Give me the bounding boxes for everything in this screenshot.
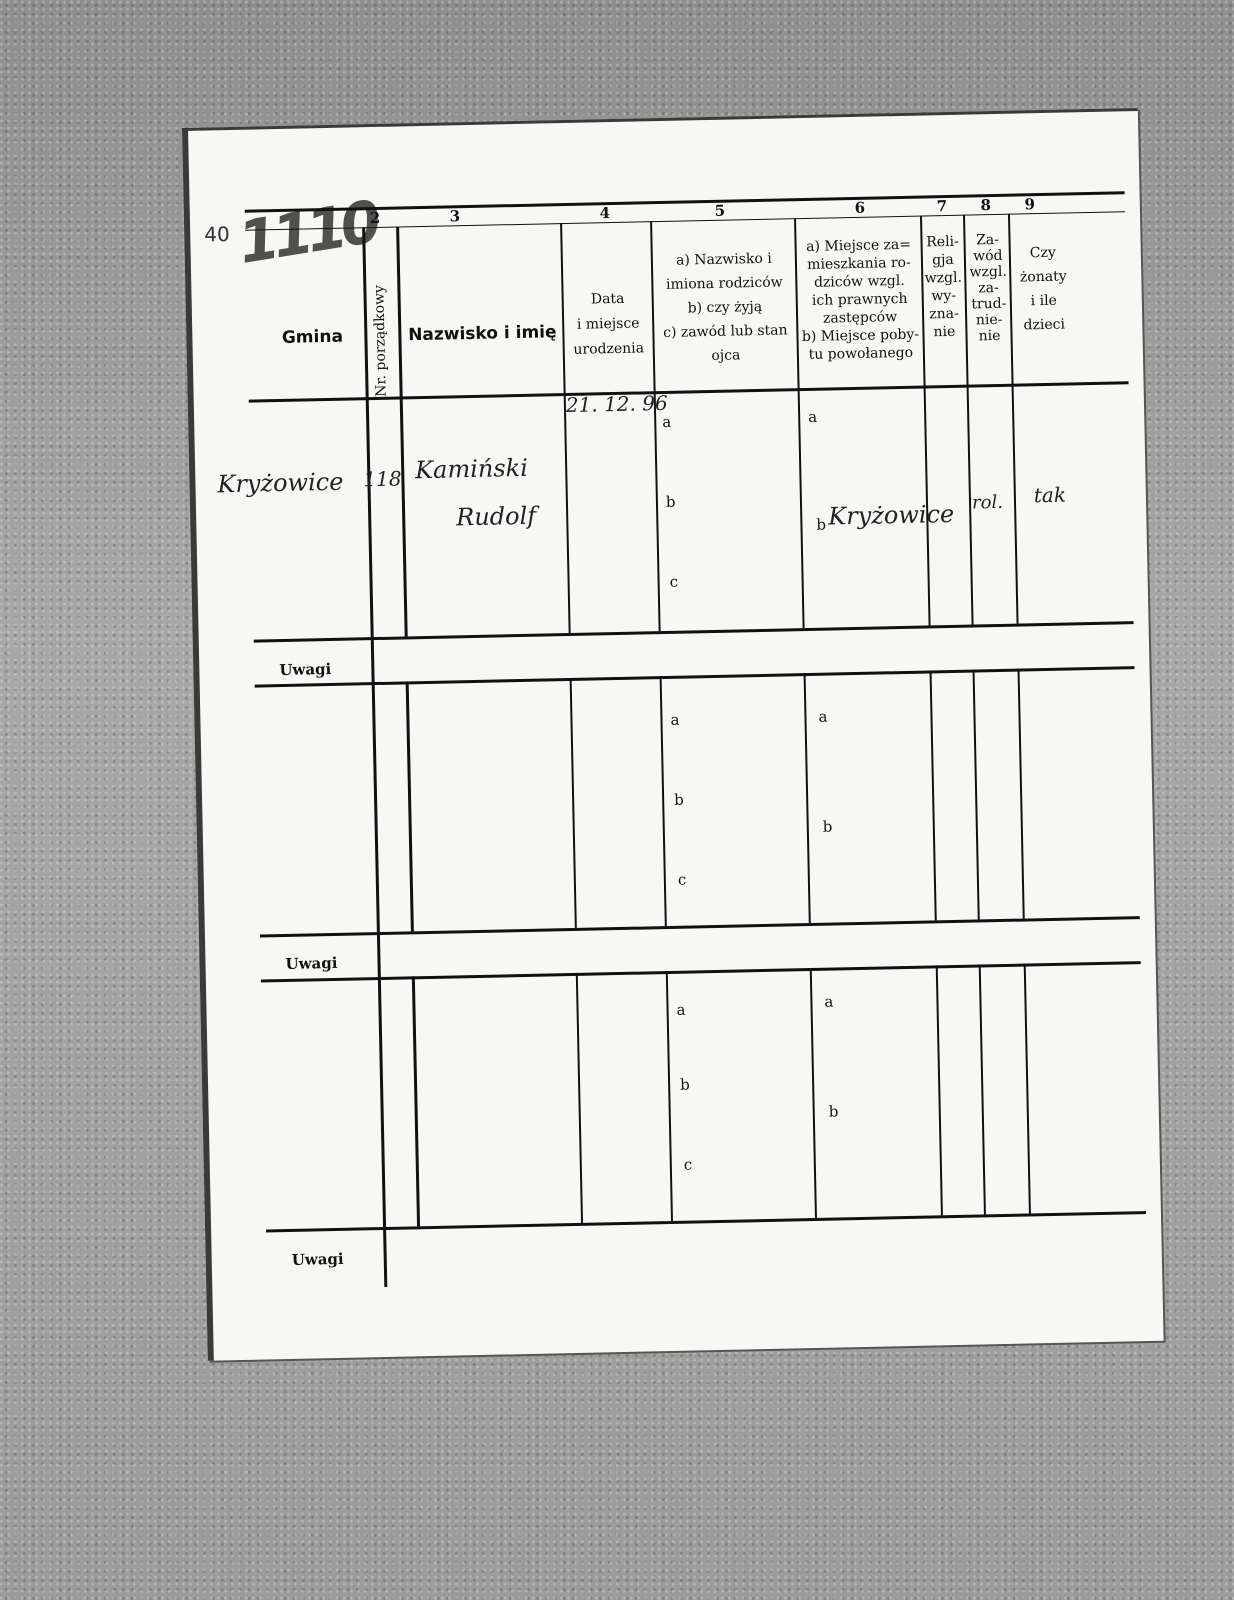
entry1-married: tak bbox=[1034, 483, 1067, 508]
remarks-label-2: Uwagi bbox=[285, 954, 337, 973]
entry1-birth-date: 21. 12. 96 bbox=[566, 391, 668, 417]
s2-col-divider-5 bbox=[804, 673, 811, 923]
remarks-label-1: Uwagi bbox=[279, 660, 331, 679]
entry1-gmina: Kryżowice bbox=[217, 468, 343, 499]
col-num-5: 5 bbox=[700, 201, 740, 220]
s2-col-divider-3 bbox=[570, 678, 577, 928]
col-divider-2 bbox=[396, 226, 408, 636]
entry3-col6-b: b bbox=[829, 1102, 839, 1120]
entry1-col6-b: b bbox=[816, 516, 826, 534]
header-col7: Reli- gja wzgl. wy- zna- nie bbox=[920, 233, 966, 342]
header-col9: Czy żonaty i ile dzieci bbox=[1011, 240, 1077, 337]
header-nazwisko-imie: Nazwisko i imię bbox=[402, 323, 562, 344]
col-num-8: 8 bbox=[966, 196, 1006, 215]
entry1-surname: Kamiński bbox=[415, 454, 528, 484]
remarks1-bottom-rule bbox=[255, 666, 1135, 687]
remarks-divider-3 bbox=[383, 1227, 387, 1287]
s3-col-divider-3 bbox=[576, 973, 583, 1223]
entry2-col5-c: c bbox=[678, 871, 687, 889]
entry1-col5-b: b bbox=[666, 493, 676, 511]
entry2-col6-b: b bbox=[823, 818, 833, 836]
section3-bottom-rule bbox=[266, 1211, 1146, 1232]
section2-bottom-rule bbox=[260, 916, 1140, 937]
entry1-col5-a: a bbox=[662, 413, 671, 431]
col-divider-3 bbox=[560, 223, 571, 633]
col-num-2: 2 bbox=[365, 209, 385, 227]
s3-col-divider-2 bbox=[412, 976, 420, 1226]
header-col6: a) Miejsce za= mieszkania ro- dziców wzg… bbox=[796, 236, 923, 365]
remarks-label-3: Uwagi bbox=[292, 1250, 344, 1269]
header-col4: Data i miejsce urodzenia bbox=[563, 286, 653, 363]
remarks-divider-2 bbox=[377, 932, 381, 977]
header-col5: a) Nazwisko i imiona rodziców b) czy żyj… bbox=[653, 246, 797, 369]
section1-bottom-rule bbox=[254, 621, 1134, 642]
s2-col-divider-2 bbox=[406, 681, 414, 931]
s2-col-divider-8 bbox=[1018, 669, 1025, 919]
header-col8: Za- wód wzgl. za- trud- nie- nie bbox=[964, 232, 1012, 345]
entry1-occupation: rol. bbox=[972, 492, 1003, 514]
entry1-col6-a: a bbox=[808, 408, 817, 426]
stamp-number: 1110 bbox=[234, 188, 381, 277]
s2-col-divider-1 bbox=[372, 682, 380, 932]
s3-col-divider-6 bbox=[936, 965, 943, 1215]
s3-col-divider-4 bbox=[666, 971, 673, 1221]
col-num-6: 6 bbox=[840, 198, 880, 217]
header-nr-porzadkowy: Nr. porządkowy bbox=[371, 285, 389, 397]
s3-col-divider-1 bbox=[378, 977, 386, 1227]
s3-col-divider-8 bbox=[1024, 964, 1031, 1214]
s2-col-divider-4 bbox=[660, 676, 667, 926]
entry3-col5-c: c bbox=[684, 1156, 693, 1174]
remarks2-bottom-rule bbox=[261, 961, 1141, 982]
entry2-col6-a: a bbox=[818, 708, 827, 726]
col-num-9: 9 bbox=[1010, 195, 1050, 214]
s3-col-divider-5 bbox=[810, 968, 817, 1218]
col-num-7: 7 bbox=[922, 197, 962, 216]
entry2-col5-b: b bbox=[674, 791, 684, 809]
entry1-nr: 118 bbox=[363, 466, 402, 491]
entry1-firstname: Rudolf bbox=[456, 502, 536, 532]
s2-col-divider-7 bbox=[973, 670, 980, 920]
entry3-col5-b: b bbox=[680, 1076, 690, 1094]
entry2-col5-a: a bbox=[670, 711, 679, 729]
registration-form-sheet: 40 1110 2 3 4 5 6 7 8 9 Gmina Nr. porząd… bbox=[182, 108, 1164, 1361]
entry3-col6-a: a bbox=[824, 993, 833, 1011]
remarks-divider-1 bbox=[371, 637, 375, 682]
col-num-4: 4 bbox=[585, 204, 625, 223]
s3-col-divider-7 bbox=[979, 964, 986, 1214]
col-num-3: 3 bbox=[435, 207, 475, 226]
s2-col-divider-6 bbox=[930, 670, 937, 920]
entry3-col5-a: a bbox=[676, 1001, 685, 1019]
corner-number: 40 bbox=[204, 222, 230, 247]
entry1-residence: Kryżowice bbox=[828, 500, 954, 531]
entry1-col5-c: c bbox=[669, 573, 678, 591]
header-gmina: Gmina bbox=[262, 327, 362, 347]
